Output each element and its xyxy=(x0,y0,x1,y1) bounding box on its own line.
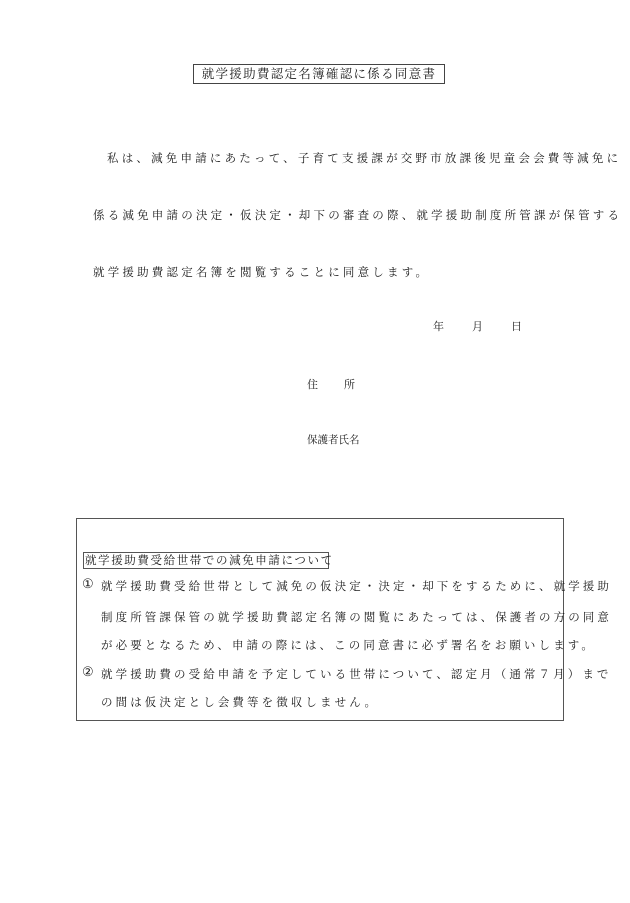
guardian-name-label: 保護者氏名 xyxy=(307,432,360,447)
consent-text-line-1: 私は、減免申請にあたって、子育て支援課が交野市放課後児童会会費等減免に xyxy=(107,150,621,166)
document-title: 就学援助費認定名簿確認に係る同意書 xyxy=(193,64,445,84)
notice-item-1-line-1: 就学援助費受給世帯として減免の仮決定・決定・却下をするために、就学援助 xyxy=(101,578,612,594)
notice-heading: 就学援助費受給世帯での減免申請について xyxy=(83,552,329,569)
consent-text-line-3: 就学援助費認定名簿を閲覧することに同意します。 xyxy=(93,264,430,280)
consent-text-line-2: 係る減免申請の決定・仮決定・却下の審査の際、就学援助制度所管課が保管する xyxy=(93,207,622,223)
address-label: 住所 xyxy=(307,376,355,392)
notice-item-2-line-2: の間は仮決定とし会費等を徴収しません。 xyxy=(101,694,379,710)
date-month-label: 月 xyxy=(472,318,483,334)
date-day-label: 日 xyxy=(511,318,522,334)
notice-item-1-line-2: 制度所管課保管の就学援助費認定名簿の閲覧にあたっては、保護者の方の同意 xyxy=(101,609,612,625)
notice-item-2-line-1: 就学援助費の受給申請を予定している世帯について、認定月（通常７月）まで xyxy=(101,666,612,682)
address-label-part-1: 住 xyxy=(307,376,318,392)
item-number-2: ② xyxy=(82,665,94,681)
notice-item-1-line-3: が必要となるため、申請の際には、この同意書に必ず署名をお願いします。 xyxy=(101,637,596,653)
address-label-part-2: 所 xyxy=(344,376,355,392)
date-year-label: 年 xyxy=(433,318,444,334)
item-number-1: ① xyxy=(82,577,94,593)
